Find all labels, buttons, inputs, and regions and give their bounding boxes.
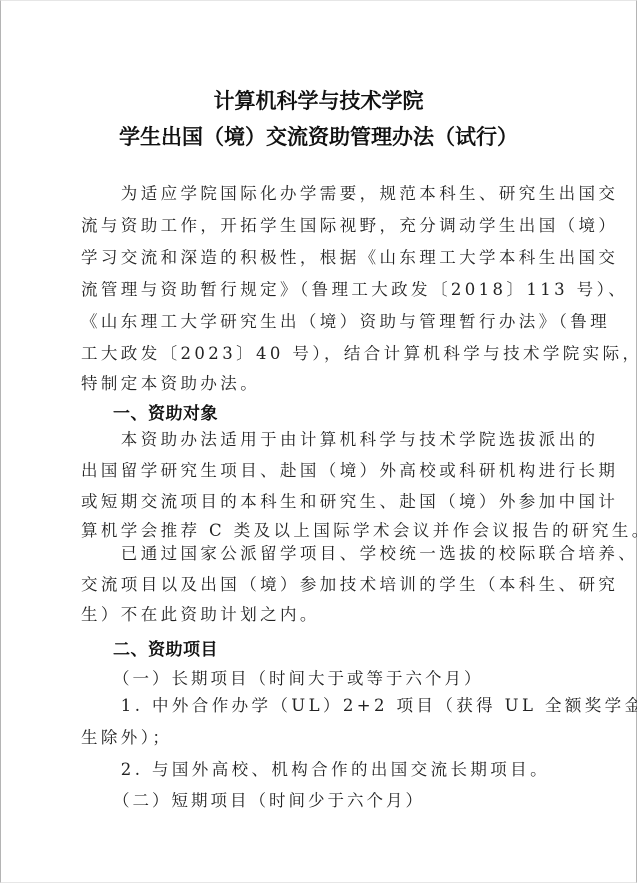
section-heading-projects: 二、资助项目 [113,635,218,660]
text-line: 生）不在此资助计划之内。 [81,604,561,626]
text-line: 已通过国家公派留学项目、学校统一选拔的校际联合培养、 [81,543,561,565]
document-page: 计算机科学与技术学院 学生出国（境）交流资助管理办法（试行） 为适应学院国际化办… [0,0,637,883]
text-line: 1. 中外合作办学（UL）2+2 项目（获得 UL 全额奖学金的学 [81,695,561,717]
text-line: 生除外）； [81,727,561,749]
text-line: 特制定本资助办法。 [81,373,561,395]
text-line: 算机学会推荐 C 类及以上国际学术会议并作会议报告的研究生。 [81,520,561,542]
subheading-short-term: （二）短期项目（时间少于六个月） [113,787,425,811]
text-line: 为适应学院国际化办学需要，规范本科生、研究生出国交 [81,183,561,205]
text-line: 出国留学研究生项目、赴国（境）外高校或科研机构进行长期 [81,460,561,482]
text-line: 《山东理工大学研究生出（境）资助与管理暂行办法》（鲁理 [81,311,561,333]
document-title-line2: 学生出国（境）交流资助管理办法（试行） [1,121,636,151]
text-line: 交流项目以及出国（境）参加技术培训的学生（本科生、研究 [81,574,561,596]
section-heading-recipients: 一、资助对象 [113,399,218,424]
text-line: 本资助办法适用于由计算机科学与技术学院选拔派出的 [81,429,561,451]
subheading-long-term: （一）长期项目（时间大于或等于六个月） [113,665,484,689]
text-line: 学习交流和深造的积极性，根据《山东理工大学本科生出国交 [81,247,561,269]
text-line: 或短期交流项目的本科生和研究生、赴国（境）外参加中国计 [81,491,561,513]
text-line: 工大政发〔2023〕40 号），结合计算机科学与技术学院实际， [81,343,561,365]
text-line: 流与资助工作，开拓学生国际视野，充分调动学生出国（境） [81,215,561,237]
text-line: 2. 与国外高校、机构合作的出国交流长期项目。 [81,759,561,781]
text-line: 流管理与资助暂行规定》（鲁理工大政发〔2018〕113 号）、 [81,279,561,301]
document-title-line1: 计算机科学与技术学院 [1,85,636,115]
